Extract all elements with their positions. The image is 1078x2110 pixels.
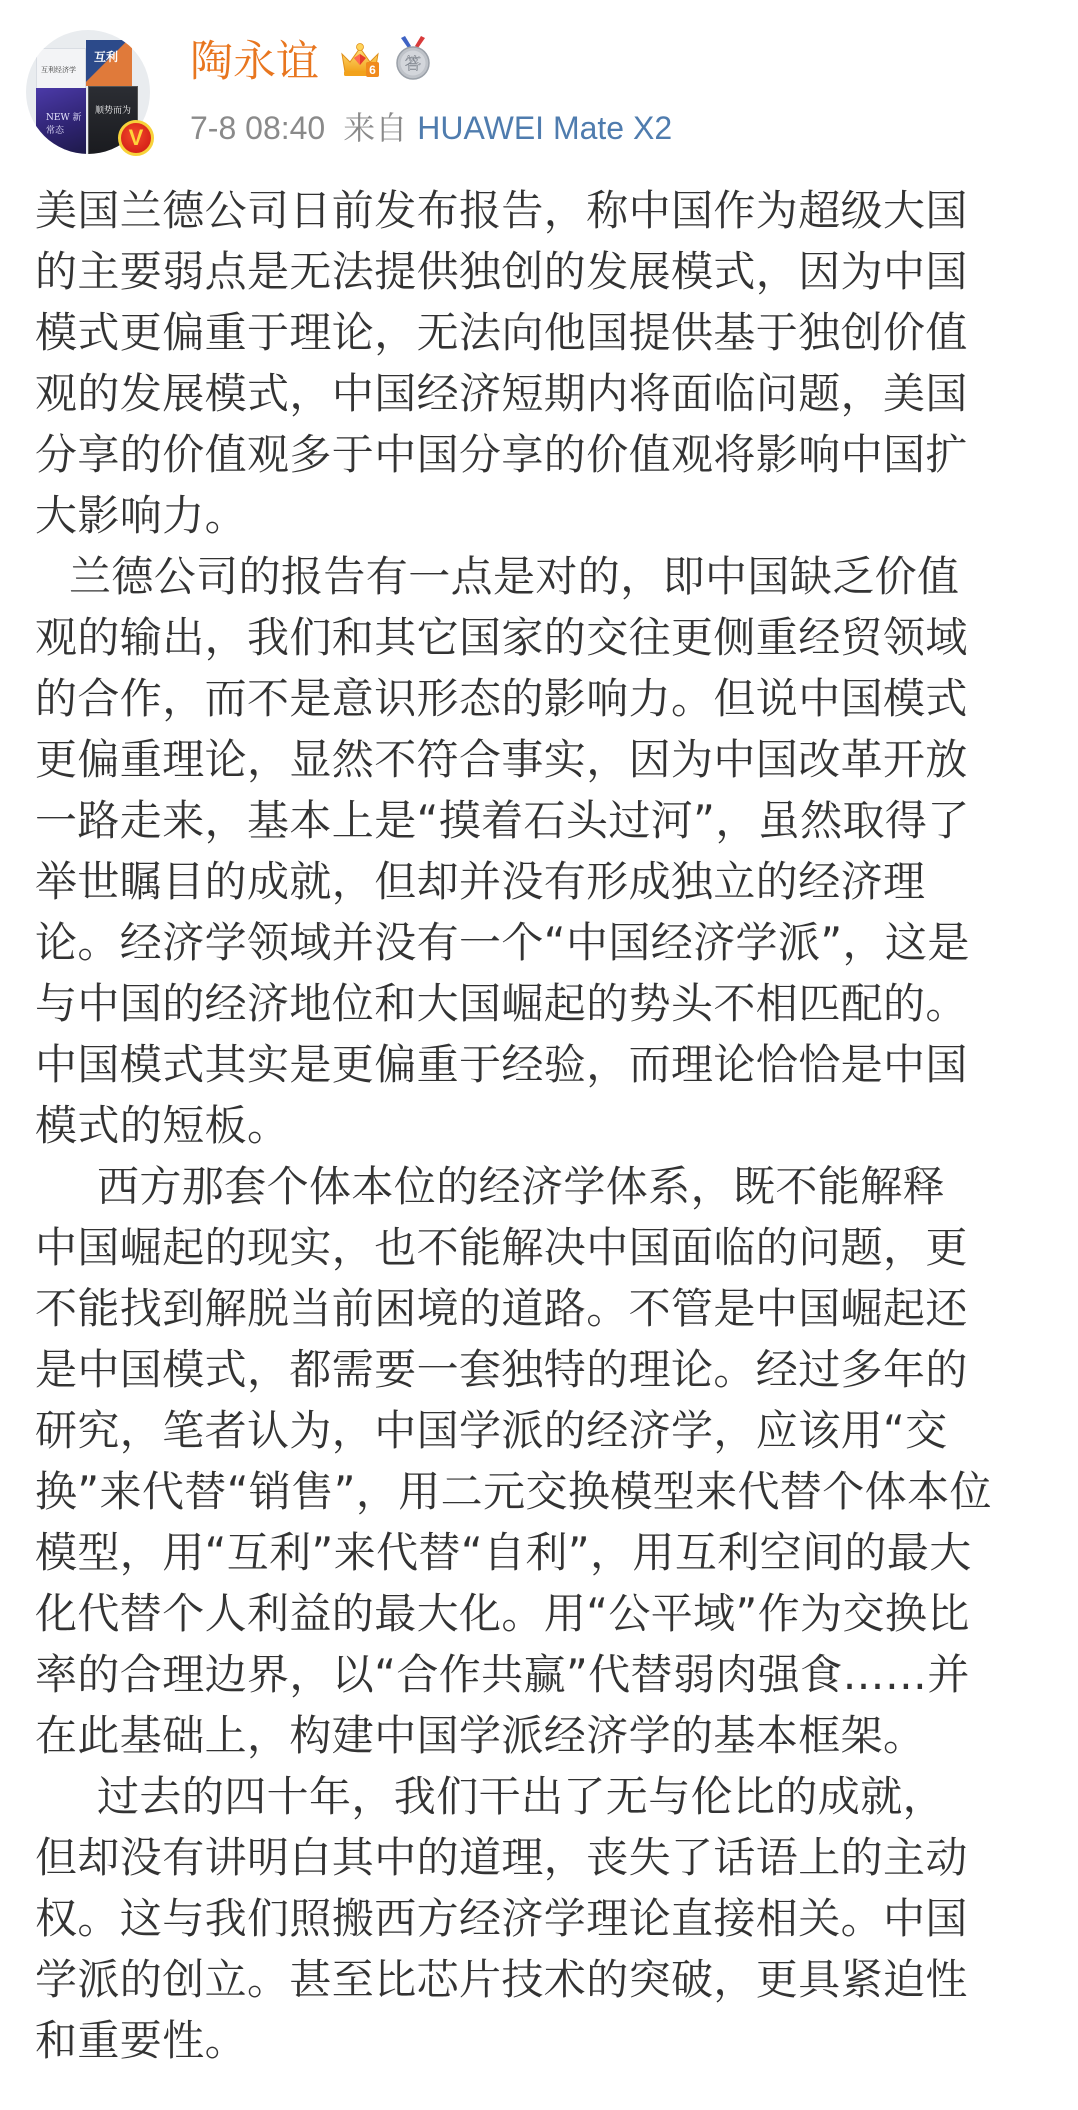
post-text-line: 观的输出，我们和其它国家的交往更侧重经贸领域 bbox=[35, 607, 1075, 668]
post-text-line: 模式的短板。 bbox=[35, 1095, 1075, 1156]
post-text-line: 模式更偏重于理论，无法向他国提供基于独创价值 bbox=[35, 302, 1075, 363]
post-text-line: 中国崛起的现实，也不能解决中国面临的问题，更 bbox=[35, 1217, 1075, 1278]
source-label: 来自 bbox=[343, 110, 407, 146]
author-name[interactable]: 陶永谊 bbox=[190, 34, 319, 90]
verified-v-icon: V bbox=[118, 120, 154, 156]
post-text-line: 率的合理边界，以“合作共赢”代替弱肉强食……并 bbox=[35, 1644, 1075, 1705]
post-text-line: 与中国的经济地位和大国崛起的势头不相匹配的。 bbox=[35, 973, 1075, 1034]
post-text-line: 观的发展模式，中国经济短期内将面临问题，美国 bbox=[35, 363, 1075, 424]
post-text-line: 美国兰德公司日前发布报告，称中国作为超级大国 bbox=[35, 180, 1075, 241]
post-text-line: 研究，笔者认为，中国学派的经济学，应该用“交 bbox=[35, 1400, 1075, 1461]
avatar-book-cover: NEW 新常态 bbox=[36, 88, 86, 154]
post-text-line: 中国模式其实是更偏重于经验，而理论恰恰是中国 bbox=[35, 1034, 1075, 1095]
post-time: 7-8 08:40 bbox=[190, 110, 325, 146]
post-text-line: 论。经济学领域并没有一个“中国经济学派”，这是 bbox=[35, 912, 1075, 973]
post-text-line: 在此基础上，构建中国学派经济学的基本框架。 bbox=[35, 1705, 1075, 1766]
post-header: 互利经济学 互利 NEW 新常态 顺势而为 V 陶永谊 6 答 7-8 08:4… bbox=[0, 0, 1078, 170]
answer-medal-icon[interactable]: 答 bbox=[394, 36, 432, 80]
svg-text:6: 6 bbox=[369, 63, 376, 77]
post-text-line: 更偏重理论，显然不符合事实，因为中国改革开放 bbox=[35, 729, 1075, 790]
device-link[interactable]: HUAWEI Mate X2 bbox=[417, 110, 672, 146]
post-text-line: 大影响力。 bbox=[35, 485, 1075, 546]
post-body: 美国兰德公司日前发布报告，称中国作为超级大国的主要弱点是无法提供独创的发展模式，… bbox=[35, 180, 1075, 2071]
avatar-book-cover: 互利 bbox=[86, 40, 132, 86]
post-text-line: 西方那套个体本位的经济学体系，既不能解释 bbox=[35, 1156, 1075, 1217]
post-text-line: 权。这与我们照搬西方经济学理论直接相关。中国 bbox=[35, 1888, 1075, 1949]
post-text-line: 模型，用“互利”来代替“自利”，用互利空间的最大 bbox=[35, 1522, 1075, 1583]
svg-text:答: 答 bbox=[405, 54, 421, 73]
book-title: 互利经济学 bbox=[41, 65, 76, 75]
post-meta: 7-8 08:40来自HUAWEI Mate X2 bbox=[190, 106, 672, 150]
post-text-line: 学派的创立。甚至比芯片技术的突破，更具紧迫性 bbox=[35, 1949, 1075, 2010]
crown-level-icon[interactable]: 6 bbox=[340, 42, 380, 78]
post-text-line: 换”来代替“销售”，用二元交换模型来代替个体本位 bbox=[35, 1461, 1075, 1522]
post-text-line: 化代替个人利益的最大化。用“公平域”作为交换比 bbox=[35, 1583, 1075, 1644]
post-text-line: 的合作，而不是意识形态的影响力。但说中国模式 bbox=[35, 668, 1075, 729]
post-text-line: 过去的四十年，我们干出了无与伦比的成就， bbox=[35, 1766, 1075, 1827]
avatar-book-cover: 互利经济学 bbox=[36, 48, 86, 90]
post-text-line: 但却没有讲明白其中的道理，丧失了话语上的主动 bbox=[35, 1827, 1075, 1888]
post-text-line: 举世瞩目的成就，但却并没有形成独立的经济理 bbox=[35, 851, 1075, 912]
post-text-line: 是中国模式，都需要一套独特的理论。经过多年的 bbox=[35, 1339, 1075, 1400]
book-title: 顺势而为 bbox=[95, 103, 131, 116]
post-text-line: 一路走来，基本上是“摸着石头过河”，虽然取得了 bbox=[35, 790, 1075, 851]
post-text-line: 兰德公司的报告有一点是对的，即中国缺乏价值 bbox=[35, 546, 1075, 607]
post-text-line: 的主要弱点是无法提供独创的发展模式，因为中国 bbox=[35, 241, 1075, 302]
post-text-line: 和重要性。 bbox=[35, 2010, 1075, 2071]
post-text-line: 不能找到解脱当前困境的道路。不管是中国崛起还 bbox=[35, 1278, 1075, 1339]
book-title: NEW 新常态 bbox=[46, 110, 86, 136]
book-title: 互利 bbox=[94, 48, 118, 65]
post-text-line: 分享的价值观多于中国分享的价值观将影响中国扩 bbox=[35, 424, 1075, 485]
